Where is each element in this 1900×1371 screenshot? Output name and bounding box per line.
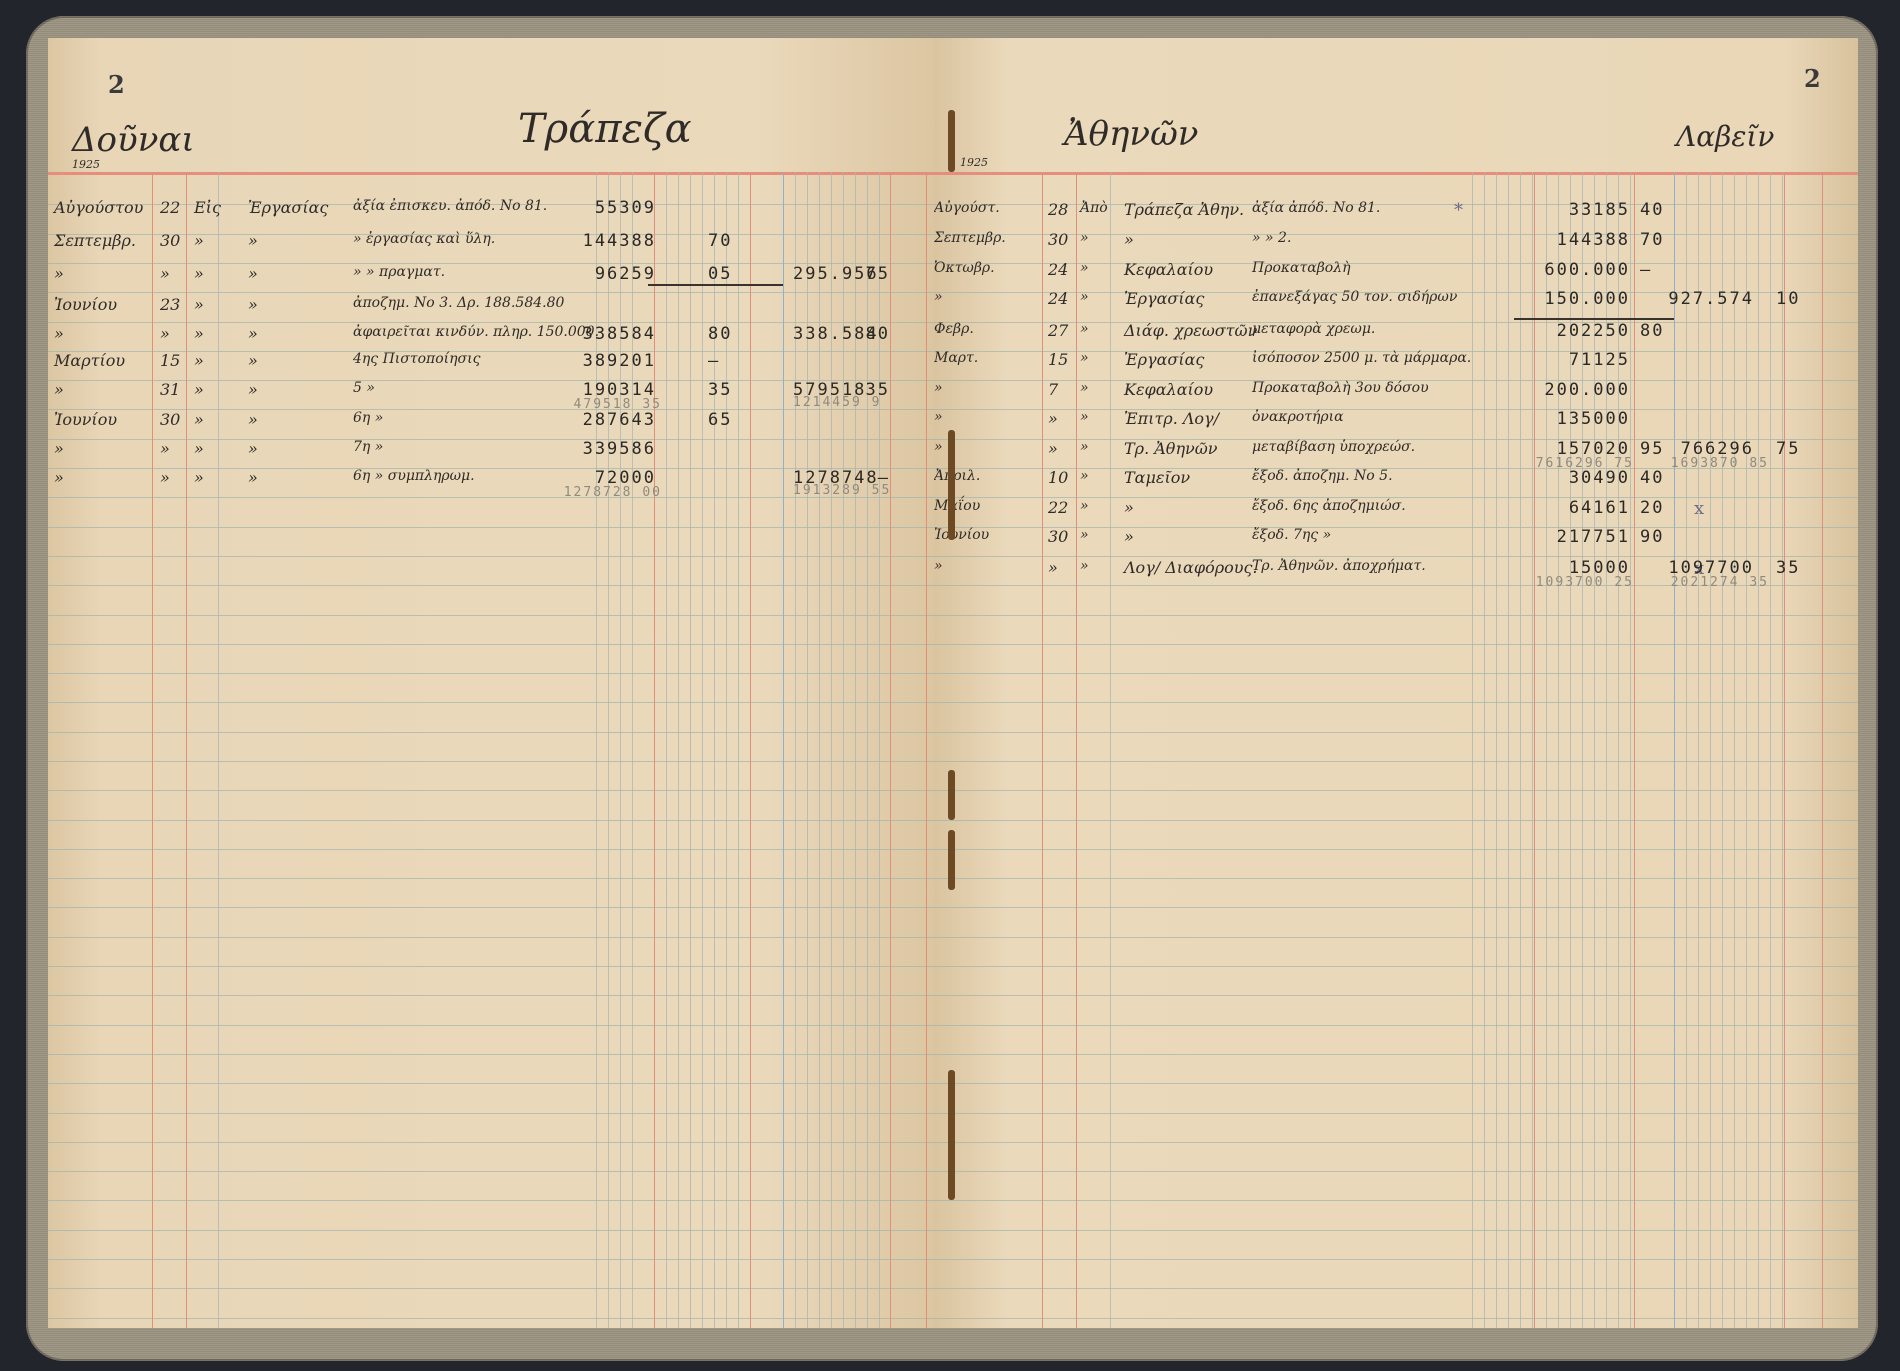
- entry-day: 22: [1048, 498, 1068, 517]
- entry-month: Μαρτ.: [934, 350, 978, 366]
- ledger-column-line: [702, 172, 703, 1328]
- entry-description: » » πραγματ.: [353, 264, 445, 280]
- entry-total-cents: 75: [866, 264, 890, 284]
- ledger-row-line: [934, 234, 1858, 235]
- ledger-row-line: [934, 644, 1858, 645]
- ledger-column-line: [1594, 172, 1595, 1328]
- ledger-row-line: [934, 263, 1858, 264]
- entry-day: 30: [160, 231, 180, 250]
- entry-amount: 200.000: [1544, 380, 1630, 400]
- ledger-row-line: [934, 409, 1858, 410]
- ledger-column-line: [620, 172, 621, 1328]
- entry-description: ἰσόποσον 2500 μ. τὰ μάρμαρα.: [1252, 350, 1471, 366]
- page-number-right: 2: [1804, 64, 1821, 93]
- subtotal-underline: [648, 284, 783, 286]
- entry-cents: 40: [1640, 200, 1664, 220]
- ledger-column-line: [1534, 172, 1535, 1328]
- ledger-row-line: [934, 849, 1858, 850]
- ledger-column-line: [783, 172, 784, 1328]
- ledger-row-line: [48, 585, 934, 586]
- ledger-column-line: [1784, 172, 1785, 1328]
- entry-account: Κεφαλαίου: [1124, 380, 1213, 399]
- ledger-row-line: [934, 1025, 1858, 1026]
- entry-account: »: [248, 231, 258, 250]
- entry-description: 7η »: [353, 439, 383, 455]
- entry-prefix: »: [194, 410, 204, 429]
- entry-day: 31: [160, 380, 180, 399]
- entry-description: ἔξοδ. ἀποζημ. Νο 5.: [1252, 468, 1393, 484]
- entry-day: »: [160, 439, 170, 458]
- ledger-row-line: [48, 527, 934, 528]
- entry-amount: 144388: [583, 231, 656, 251]
- entry-prefix: »: [194, 380, 204, 399]
- ledger-column-line: [654, 172, 655, 1328]
- ledger-row-line: [48, 1200, 934, 1201]
- entry-description: Τρ. Ἀθηνῶν. ἀποχρήματ.: [1252, 558, 1426, 574]
- ledger-row-line: [48, 849, 934, 850]
- entry-month: Ἀπριλ.: [934, 468, 980, 484]
- entry-amount: 150.000: [1544, 289, 1630, 309]
- ledger-row-line: [48, 761, 934, 762]
- entry-total-cents: 75: [1776, 439, 1800, 459]
- entry-day: 28: [1048, 200, 1068, 219]
- ledger-column-line: [1582, 172, 1583, 1328]
- ledger-row-line: [934, 702, 1858, 703]
- ledger-row-line: [934, 820, 1858, 821]
- entry-month: Αὐγούστ.: [934, 200, 1000, 216]
- entry-day: 22: [160, 198, 180, 217]
- entry-account: Λογ/ Διαφόρους.: [1124, 558, 1258, 577]
- entry-pencil-note: 1278728 00: [564, 485, 662, 500]
- ledger-row-line: [934, 995, 1858, 996]
- ledger-row-line: [934, 1259, 1858, 1260]
- entry-description: ἐπανεξάγας 50 τον. σιδήρων: [1252, 289, 1457, 305]
- entry-account: »: [248, 295, 258, 314]
- ledger-row-line: [934, 1318, 1858, 1319]
- ledger-column-line: [714, 172, 715, 1328]
- binding-stitch: [948, 430, 955, 540]
- entry-description: ὀνακροτήρια: [1252, 409, 1344, 425]
- ledger-row-line: [934, 732, 1858, 733]
- entry-account: Κεφαλαίου: [1124, 260, 1213, 279]
- right-page-credit: 2 Ἀθηνῶν Λαβεῖν 1925 Αὐγούστ.28ἈπὸΤράπεζ…: [934, 38, 1858, 1328]
- entry-day: 30: [160, 410, 180, 429]
- ledger-column-line: [678, 172, 679, 1328]
- entry-prefix: »: [194, 351, 204, 370]
- ledger-column-line: [926, 172, 927, 1328]
- entry-prefix: »: [1080, 230, 1089, 246]
- ledger-row-line: [48, 1054, 934, 1055]
- ledger-row-line: [934, 1083, 1858, 1084]
- entry-month: Ὀκτωβρ.: [934, 260, 995, 276]
- entry-description: 6η » συμπληρωμ.: [353, 468, 475, 484]
- ledger-column-line: [608, 172, 609, 1328]
- entry-check-mark: x: [1694, 498, 1704, 519]
- entry-month: »: [54, 324, 64, 343]
- entry-prefix: »: [194, 295, 204, 314]
- ledger-row-line: [48, 615, 934, 616]
- entry-account: Ἐργασίας: [1124, 350, 1204, 369]
- entry-cents: 90: [1640, 527, 1664, 547]
- ledger-column-line: [632, 172, 633, 1328]
- entry-account: Ἐργασίας: [248, 198, 328, 217]
- entry-month: »: [54, 264, 64, 283]
- entry-account: »: [1124, 230, 1134, 249]
- ledger-column-line: [1484, 172, 1485, 1328]
- entry-month: Αὐγούστου: [54, 198, 143, 217]
- entry-description: μεταφορὰ χρεωμ.: [1252, 321, 1375, 337]
- ledger-row-line: [934, 761, 1858, 762]
- entry-total-cents: 80: [866, 324, 890, 344]
- entry-description: ἀξία ἐπισκευ. ἀπόδ. Νο 81.: [353, 198, 547, 214]
- ledger-column-line: [1042, 172, 1043, 1328]
- ledger-column-line: [1630, 172, 1631, 1328]
- entry-description: ἀποζημ. Νο 3. Δρ. 188.584.80: [353, 295, 564, 311]
- ledger-column-line: [1722, 172, 1723, 1328]
- account-heading-right: Ἀθηνῶν: [1064, 114, 1198, 154]
- entry-month: Ἰουνίου: [934, 527, 989, 543]
- ledger-row-line: [48, 1113, 934, 1114]
- entry-day: 30: [1048, 527, 1068, 546]
- entry-prefix: »: [1080, 289, 1089, 305]
- entry-prefix: »: [1080, 558, 1089, 574]
- ledger-column-line: [1758, 172, 1759, 1328]
- entry-amount: 30490: [1569, 468, 1630, 488]
- entry-month: »: [54, 439, 64, 458]
- entry-account: Τράπεζα Ἀθην.: [1124, 200, 1244, 219]
- entry-amount: 339586: [583, 439, 656, 459]
- left-page-debit: 2 Δοῦναι Τράπεζα 1925 Αὐγούστου22ΕἰςἘργα…: [48, 38, 934, 1328]
- entry-day: 24: [1048, 289, 1068, 308]
- entry-amount: 389201: [583, 351, 656, 371]
- entry-description: ἔξοδ. 6ης ἀποζημιώσ.: [1252, 498, 1406, 514]
- entry-description: ἔξοδ. 7ης »: [1252, 527, 1331, 543]
- ledger-column-line: [1618, 172, 1619, 1328]
- ledger-column-line: [1686, 172, 1687, 1328]
- ledger-column-line: [1746, 172, 1747, 1328]
- entry-prefix: »: [194, 324, 204, 343]
- ledger-row-line: [934, 1288, 1858, 1289]
- ledger-column-line: [1520, 172, 1521, 1328]
- binding-stitch: [948, 830, 955, 890]
- entry-account: »: [248, 468, 258, 487]
- side-label-credit: Λαβεῖν: [1676, 120, 1774, 153]
- entry-prefix: »: [1080, 260, 1089, 276]
- ledger-column-line: [1734, 172, 1735, 1328]
- entry-description: ἀξία ἀπόδ. Νο 81.: [1252, 200, 1380, 216]
- ledger-column-line: [795, 172, 796, 1328]
- ledger-row-line: [934, 556, 1858, 557]
- entry-total-cents: 35: [1776, 558, 1800, 578]
- ledger-row-line: [48, 966, 934, 967]
- entry-month: »: [934, 380, 943, 396]
- entry-prefix: »: [1080, 439, 1089, 455]
- binding-stitch: [948, 1070, 955, 1200]
- entry-month: »: [934, 558, 943, 574]
- ledger-row-line: [48, 937, 934, 938]
- header-red-rule: [48, 172, 934, 175]
- ledger-column-line: [831, 172, 832, 1328]
- entry-cents: 65: [708, 410, 732, 430]
- entry-account: »: [1124, 527, 1134, 546]
- entry-amount: 287643: [583, 410, 656, 430]
- ledger-row-line: [934, 1142, 1858, 1143]
- entry-month: »: [54, 468, 64, 487]
- entry-description: 6η »: [353, 410, 383, 426]
- side-label-debit: Δοῦναι: [72, 120, 195, 160]
- ledger-row-line: [48, 673, 934, 674]
- entry-cents: 35: [708, 380, 732, 400]
- ledger-column-line: [843, 172, 844, 1328]
- ledger-column-line: [666, 172, 667, 1328]
- ledger-column-line: [1634, 172, 1635, 1328]
- ledger-row-line: [48, 1288, 934, 1289]
- entry-amount: 202250: [1557, 321, 1630, 341]
- entry-amount: 135000: [1557, 409, 1630, 429]
- ledger-column-line: [152, 172, 153, 1328]
- entry-pencil-note: 1093700 25: [1536, 575, 1634, 590]
- ledger-row-line: [934, 322, 1858, 323]
- entry-day: »: [160, 324, 170, 343]
- entry-prefix: Ἀπὸ: [1080, 200, 1108, 216]
- entry-day: 15: [160, 351, 180, 370]
- ledger-column-line: [1496, 172, 1497, 1328]
- entry-account: »: [1124, 498, 1134, 517]
- ledger-row-line: [48, 1171, 934, 1172]
- entry-day: 30: [1048, 230, 1068, 249]
- year-note-left: 1925: [72, 158, 100, 171]
- entry-cents: 70: [1640, 230, 1664, 250]
- entry-description: Προκαταβολὴ: [1252, 260, 1351, 276]
- entry-cents: 95: [1640, 439, 1664, 459]
- ledger-column-line: [1770, 172, 1771, 1328]
- ledger-row-line: [48, 351, 934, 352]
- entry-prefix: »: [1080, 498, 1089, 514]
- entry-account: »: [248, 351, 258, 370]
- page-number-left: 2: [108, 70, 125, 99]
- entry-amount: 96259: [595, 264, 656, 284]
- entry-prefix: »: [194, 264, 204, 283]
- ledger-row-line: [934, 966, 1858, 967]
- entry-check-mark: *: [1454, 200, 1463, 221]
- ledger-row-line: [934, 527, 1858, 528]
- entry-month: Σεπτεμβρ.: [934, 230, 1006, 246]
- ledger-column-line: [1508, 172, 1509, 1328]
- ledger-row-line: [48, 1083, 934, 1084]
- entry-account: Ἐπιτρ. Λογ/: [1124, 409, 1219, 428]
- ledger-column-line: [738, 172, 739, 1328]
- ledger-column-line: [1110, 172, 1111, 1328]
- ledger-column-line: [890, 172, 891, 1328]
- entry-amount: 600.000: [1544, 260, 1630, 280]
- entry-pencil-subtotal: 1214459 9: [793, 395, 881, 410]
- entry-description: μεταβίβαση ὑποχρεώσ.: [1252, 439, 1415, 455]
- entry-amount: 217751: [1557, 527, 1630, 547]
- entry-prefix: »: [1080, 468, 1089, 484]
- entry-cents: 05: [708, 264, 732, 284]
- ledger-row-line: [48, 439, 934, 440]
- entry-account: »: [248, 264, 258, 283]
- entry-month: Ἰουνίου: [54, 410, 117, 429]
- entry-day: 23: [160, 295, 180, 314]
- entry-prefix: Εἰς: [194, 198, 221, 217]
- ledger-row-line: [48, 1318, 934, 1319]
- ledger-column-line: [596, 172, 597, 1328]
- entry-prefix: »: [1080, 350, 1089, 366]
- ledger-column-line: [1698, 172, 1699, 1328]
- ledger-row-line: [934, 907, 1858, 908]
- ledger-row-line: [48, 790, 934, 791]
- ledger-row-line: [48, 702, 934, 703]
- entry-cents: —: [708, 351, 720, 371]
- entry-cents: 80: [1640, 321, 1664, 341]
- entry-account: Ἐργασίας: [1124, 289, 1204, 308]
- entry-total-cents: 10: [1776, 289, 1800, 309]
- entry-day: »: [1048, 409, 1058, 428]
- entry-pencil-subtotal: 1913289 55: [793, 483, 891, 498]
- ledger-column-line: [867, 172, 868, 1328]
- account-heading-left: Τράπεζα: [518, 106, 692, 152]
- binding-stitch: [948, 110, 955, 172]
- entry-description: » » 2.: [1252, 230, 1291, 246]
- ledger-column-line: [1782, 172, 1783, 1328]
- entry-description: 5 »: [353, 380, 375, 396]
- entry-day: »: [160, 468, 170, 487]
- entry-amount: 33185: [1569, 200, 1630, 220]
- entry-description: ἀφαιρεῖται κινδύν. πληρ. 150.000.: [353, 324, 599, 340]
- entry-prefix: »: [1080, 409, 1089, 425]
- entry-day: 15: [1048, 350, 1068, 369]
- ledger-column-line: [1570, 172, 1571, 1328]
- entry-prefix: »: [194, 468, 204, 487]
- entry-month: »: [934, 439, 943, 455]
- ledger-column-line: [1710, 172, 1711, 1328]
- entry-cents: 20: [1640, 498, 1664, 518]
- entry-prefix: »: [1080, 380, 1089, 396]
- ledger-column-line: [1606, 172, 1607, 1328]
- entry-amount: 338584: [583, 324, 656, 344]
- entry-month: Μαρτίου: [54, 351, 125, 370]
- ledger-row-line: [934, 1200, 1858, 1201]
- entry-account: »: [248, 410, 258, 429]
- ledger-row-line: [934, 1171, 1858, 1172]
- entry-account: Τρ. Ἀθηνῶν: [1124, 439, 1218, 458]
- year-note-right: 1925: [960, 156, 988, 169]
- ledger-row-line: [934, 1054, 1858, 1055]
- ledger-row-line: [48, 1142, 934, 1143]
- entry-account: »: [248, 380, 258, 399]
- ledger-column-line: [750, 172, 751, 1328]
- entry-day: »: [1048, 558, 1058, 577]
- entry-month: Σεπτεμβρ.: [54, 231, 136, 250]
- entry-month: Ἰουνίου: [54, 295, 117, 314]
- ledger-column-line: [1674, 172, 1675, 1328]
- entry-cents: 70: [708, 231, 732, 251]
- entry-cents: 40: [1640, 468, 1664, 488]
- entry-cents: 80: [708, 324, 732, 344]
- entry-description: 4ης Πιστοποίησις: [353, 351, 480, 367]
- binding-stitch: [948, 770, 955, 820]
- ledger-column-line: [1822, 172, 1823, 1328]
- ledger-row-line: [934, 204, 1858, 205]
- entry-prefix: »: [1080, 527, 1089, 543]
- ledger-row-line: [48, 995, 934, 996]
- ledger-column-line: [186, 172, 187, 1328]
- ledger-row-line: [48, 292, 934, 293]
- entry-total: 927.574: [1668, 289, 1754, 309]
- entry-pencil-subtotal: 1693870 85: [1671, 456, 1769, 471]
- ledger-column-line: [1076, 172, 1077, 1328]
- ledger-column-line: [807, 172, 808, 1328]
- entry-pencil-subtotal: 2021274 35: [1671, 575, 1769, 590]
- entry-amount: 71125: [1569, 350, 1630, 370]
- ledger-column-line: [879, 172, 880, 1328]
- entry-day: »: [160, 264, 170, 283]
- ledger-column-line: [855, 172, 856, 1328]
- entry-amount: 144388: [1557, 230, 1630, 250]
- ledger-column-line: [726, 172, 727, 1328]
- ledger-row-line: [48, 1025, 934, 1026]
- entry-month: Φεβρ.: [934, 321, 974, 337]
- ledger-row-line: [934, 878, 1858, 879]
- entry-prefix: »: [1080, 321, 1089, 337]
- ledger-row-line: [934, 1230, 1858, 1231]
- entry-day: »: [1048, 439, 1058, 458]
- entry-prefix: »: [194, 439, 204, 458]
- ledger-row-line: [934, 615, 1858, 616]
- entry-account: »: [248, 324, 258, 343]
- ledger-row-line: [48, 322, 934, 323]
- ledger-row-line: [48, 820, 934, 821]
- entry-day: 24: [1048, 260, 1068, 279]
- ledger-row-line: [48, 878, 934, 879]
- entry-account: Ταμεῖον: [1124, 468, 1190, 487]
- ledger-column-line: [690, 172, 691, 1328]
- ledger-column-line: [218, 172, 219, 1328]
- ledger-column-line: [1546, 172, 1547, 1328]
- entry-cents: —: [1640, 260, 1652, 280]
- entry-amount: 64161: [1569, 498, 1630, 518]
- ledger-row-line: [934, 673, 1858, 674]
- entry-month: Μαΐου: [934, 498, 980, 514]
- ledger-row-line: [48, 1230, 934, 1231]
- ledger-row-line: [48, 556, 934, 557]
- header-red-rule: [934, 172, 1858, 175]
- ledger-row-line: [48, 732, 934, 733]
- ledger-row-line: [934, 1113, 1858, 1114]
- entry-month: »: [934, 289, 943, 305]
- ledger-row-line: [934, 937, 1858, 938]
- ledger-row-line: [934, 790, 1858, 791]
- entry-month: »: [54, 380, 64, 399]
- entry-description: » ἐργασίας καὶ ὕλη.: [353, 231, 495, 247]
- subtotal-underline: [1514, 318, 1674, 320]
- entry-description: Προκαταβολὴ 3ου δόσου: [1252, 380, 1429, 396]
- ledger-row-line: [48, 1259, 934, 1260]
- entry-account: Διάφ. χρεωστῶν: [1124, 321, 1257, 340]
- ledger-column-line: [1558, 172, 1559, 1328]
- ledger-row-line: [48, 907, 934, 908]
- entry-day: 10: [1048, 468, 1068, 487]
- ledger-row-line: [48, 644, 934, 645]
- entry-account: »: [248, 439, 258, 458]
- ledger-column-line: [1532, 172, 1533, 1328]
- entry-amount: 55309: [595, 198, 656, 218]
- ledger-column-line: [819, 172, 820, 1328]
- ledger-column-line: [1472, 172, 1473, 1328]
- entry-day: 7: [1048, 380, 1058, 399]
- entry-day: 27: [1048, 321, 1068, 340]
